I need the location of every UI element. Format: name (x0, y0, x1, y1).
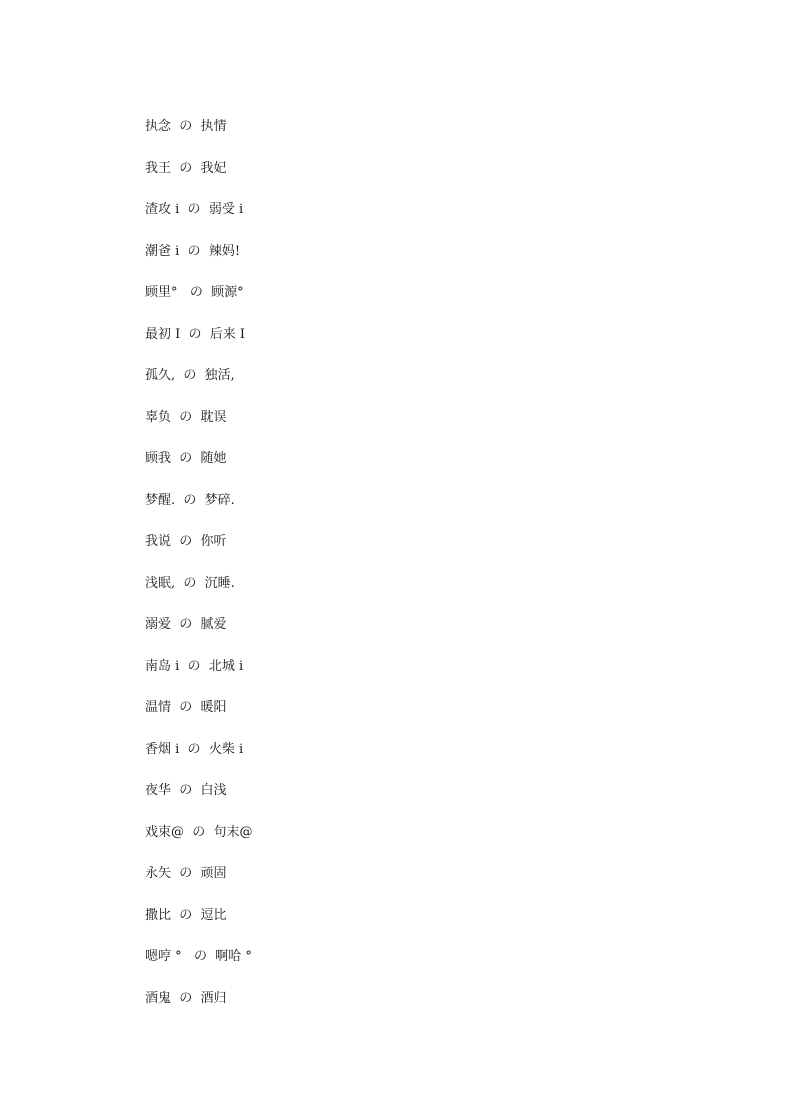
text-line: 夜华 の 白浅 (145, 782, 253, 824)
text-line: 温情 の 暖阳 (145, 699, 253, 741)
text-line: 酒鬼 の 酒归 (145, 990, 253, 1032)
text-line: 嗯哼 ° の 啊哈 ° (145, 948, 253, 990)
text-line: 南岛 i の 北城 i (145, 658, 253, 700)
text-line: 我王 の 我妃 (145, 160, 253, 202)
text-line: 孤久, の 独活, (145, 367, 253, 409)
text-line: 潮爸 i の 辣妈! (145, 243, 253, 285)
text-line: 顾我 の 随她 (145, 450, 253, 492)
text-line: 香烟 i の 火柴 i (145, 741, 253, 783)
text-line: 我说 の 你听 (145, 533, 253, 575)
text-line: 溺爱 の 腻爱 (145, 616, 253, 658)
text-line: 执念 の 执情 (145, 118, 253, 160)
text-line: 戏束@ の 句末@ (145, 824, 253, 866)
text-line: 辜负 の 耽误 (145, 409, 253, 451)
text-line: 渣攻 i の 弱受 i (145, 201, 253, 243)
document-body: 执念 の 执情 我王 の 我妃 渣攻 i の 弱受 i 潮爸 i の 辣妈! 顾… (145, 118, 253, 1031)
text-line: 梦醒. の 梦碎. (145, 492, 253, 534)
text-line: 顾里° の 顾源° (145, 284, 253, 326)
text-line: 撒比 の 逗比 (145, 907, 253, 949)
text-line: 最初 I の 后来 I (145, 326, 253, 368)
text-line: 永矢 の 顽固 (145, 865, 253, 907)
text-line: 浅眠, の 沉睡. (145, 575, 253, 617)
